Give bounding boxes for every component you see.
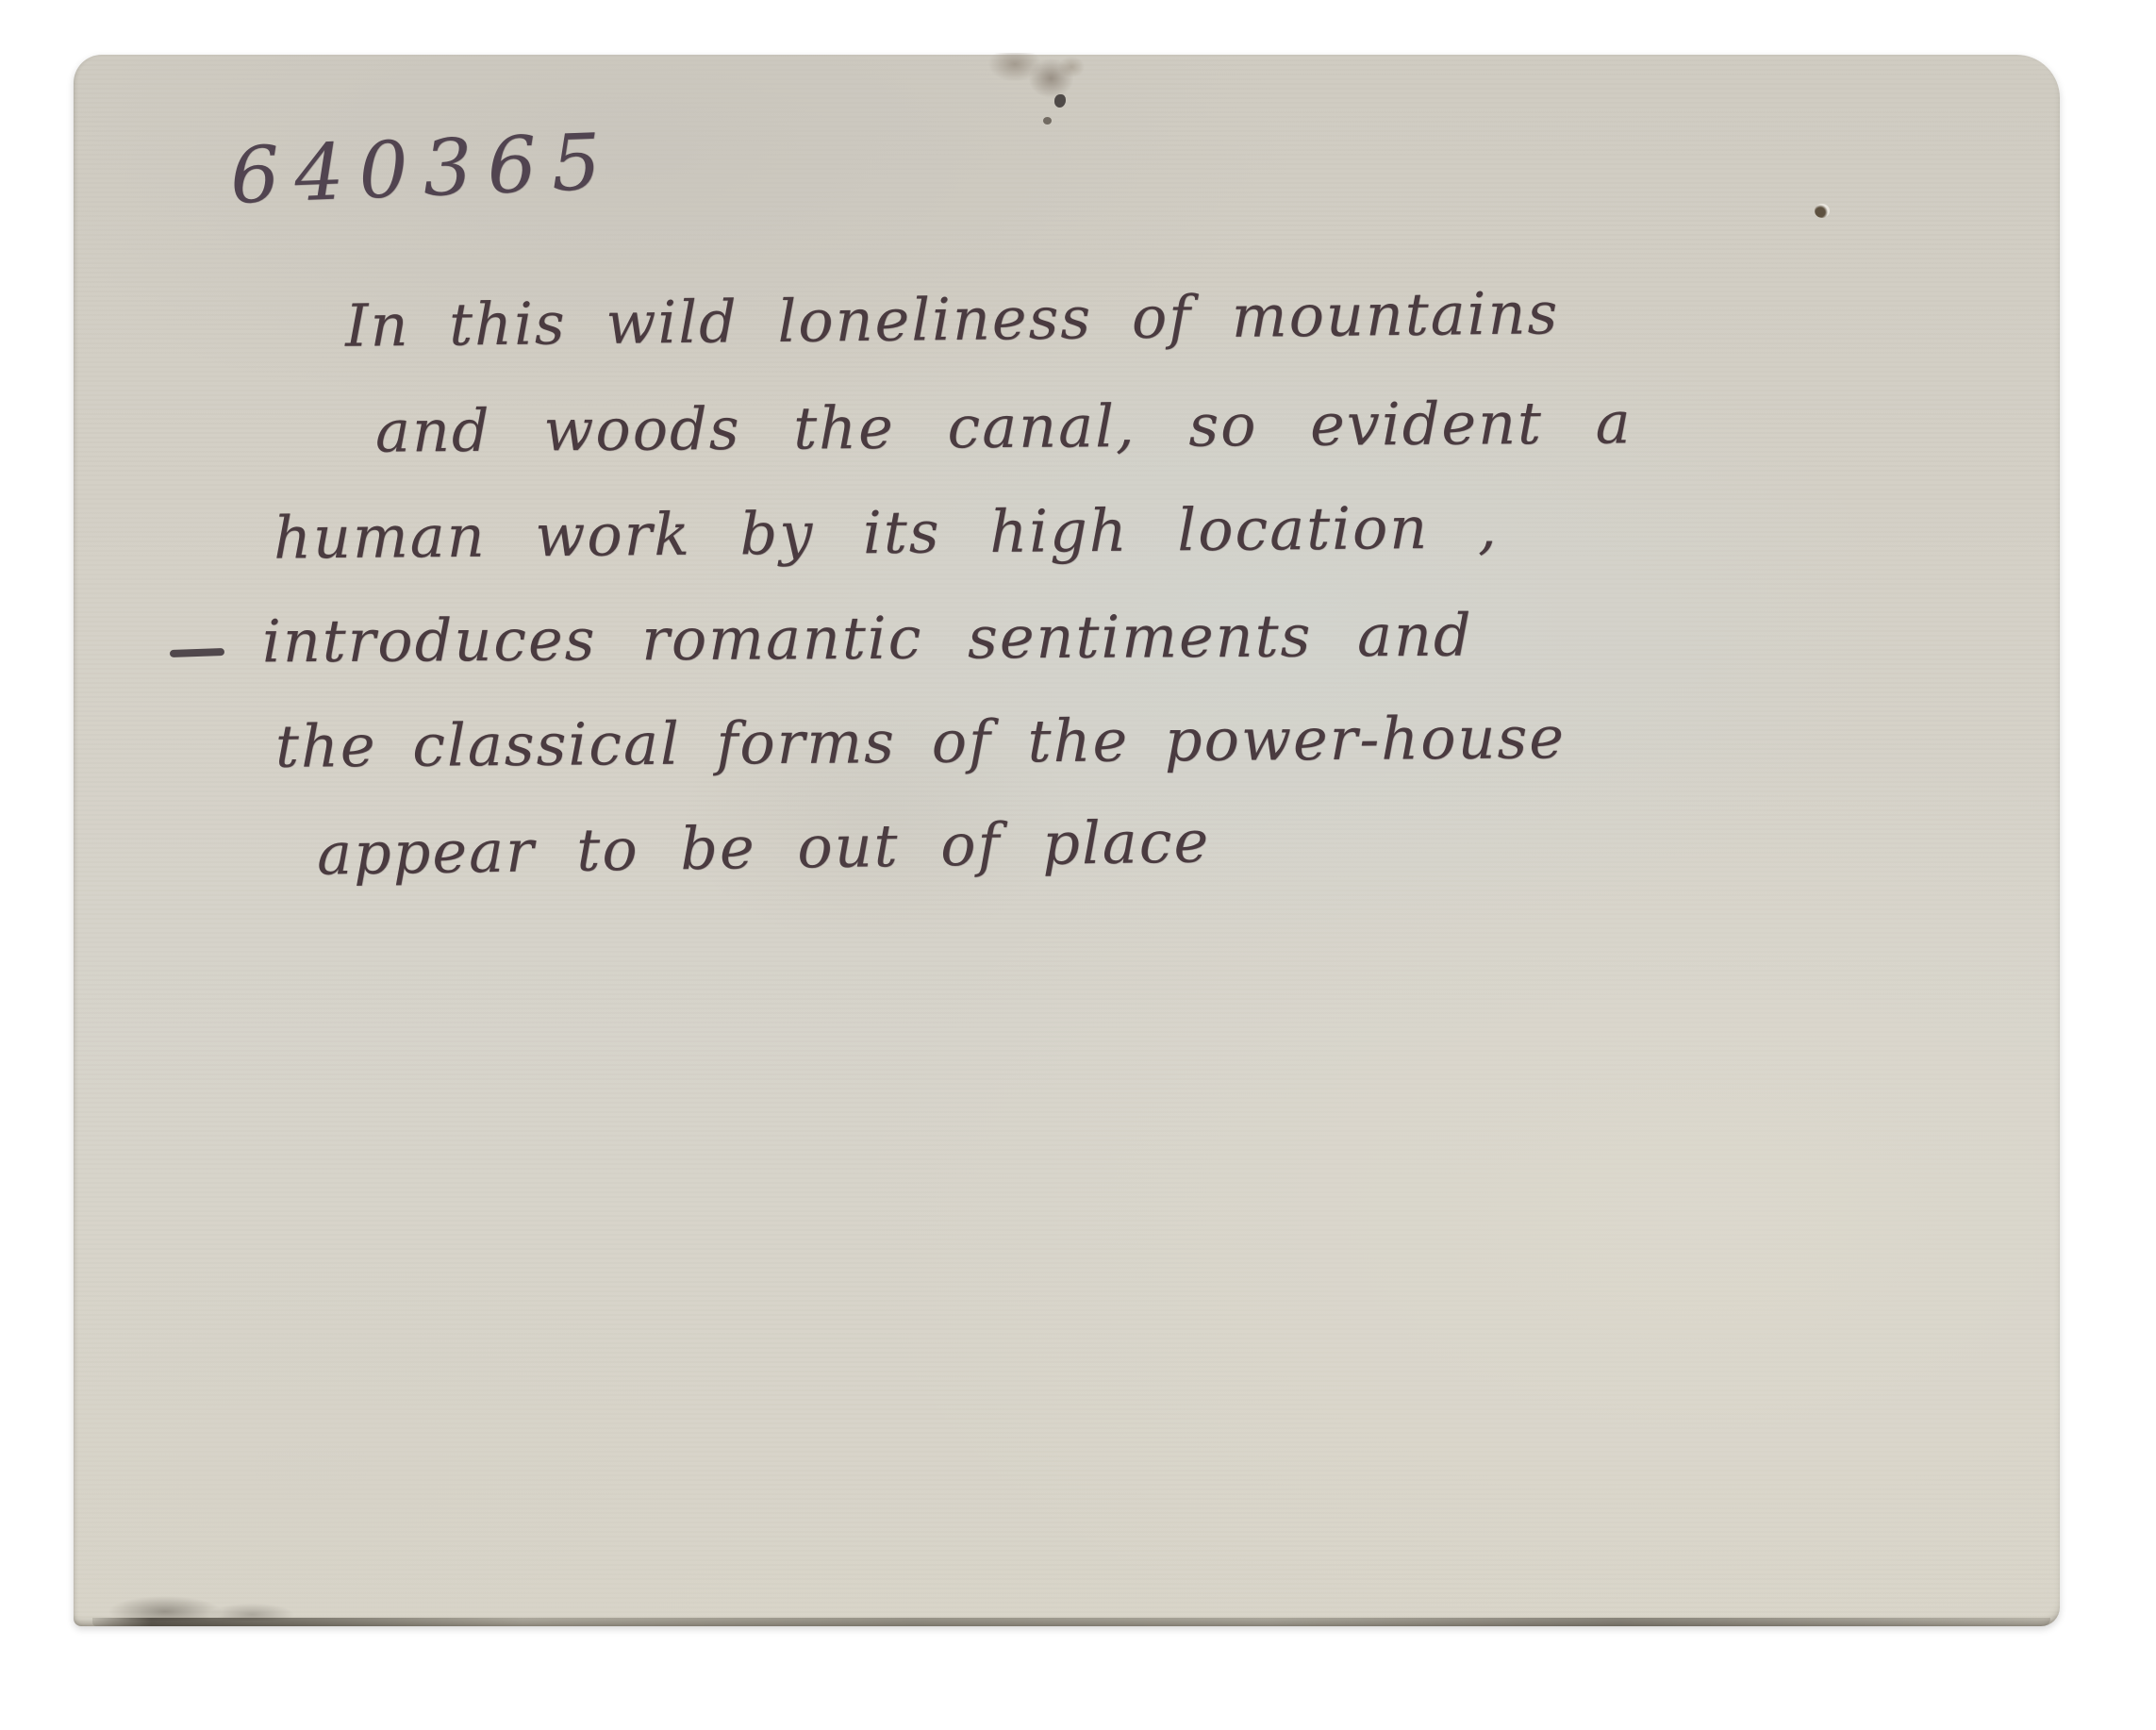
worn-bottom-edge [92,1618,2050,1626]
ink-speck-top-1 [1054,94,1066,108]
underline-mark [170,648,224,657]
catalog-number: 640365 [228,117,617,222]
ink-speck-top-2 [1043,117,1052,125]
handwritten-line-5: the classical forms of the power-house [275,703,1566,781]
photo-background: 640365 In this wild loneliness of mounta… [0,0,2156,1730]
handwritten-line-2: and woods the canal, so evident a [375,388,1633,465]
handwritten-line-3: human work by its high location , [274,492,1499,572]
index-card: 640365 In this wild loneliness of mounta… [74,55,2060,1626]
bottom-left-smudge [100,1560,317,1621]
stain-top-center [981,53,1094,109]
pin-hole-speck [1815,204,1830,218]
handwritten-line-4: introduces romantic sentiments and [262,601,1473,676]
handwritten-line-1: In this wild loneliness of mountains [345,278,1560,359]
handwritten-line-6: appear to be out of place [317,807,1211,888]
